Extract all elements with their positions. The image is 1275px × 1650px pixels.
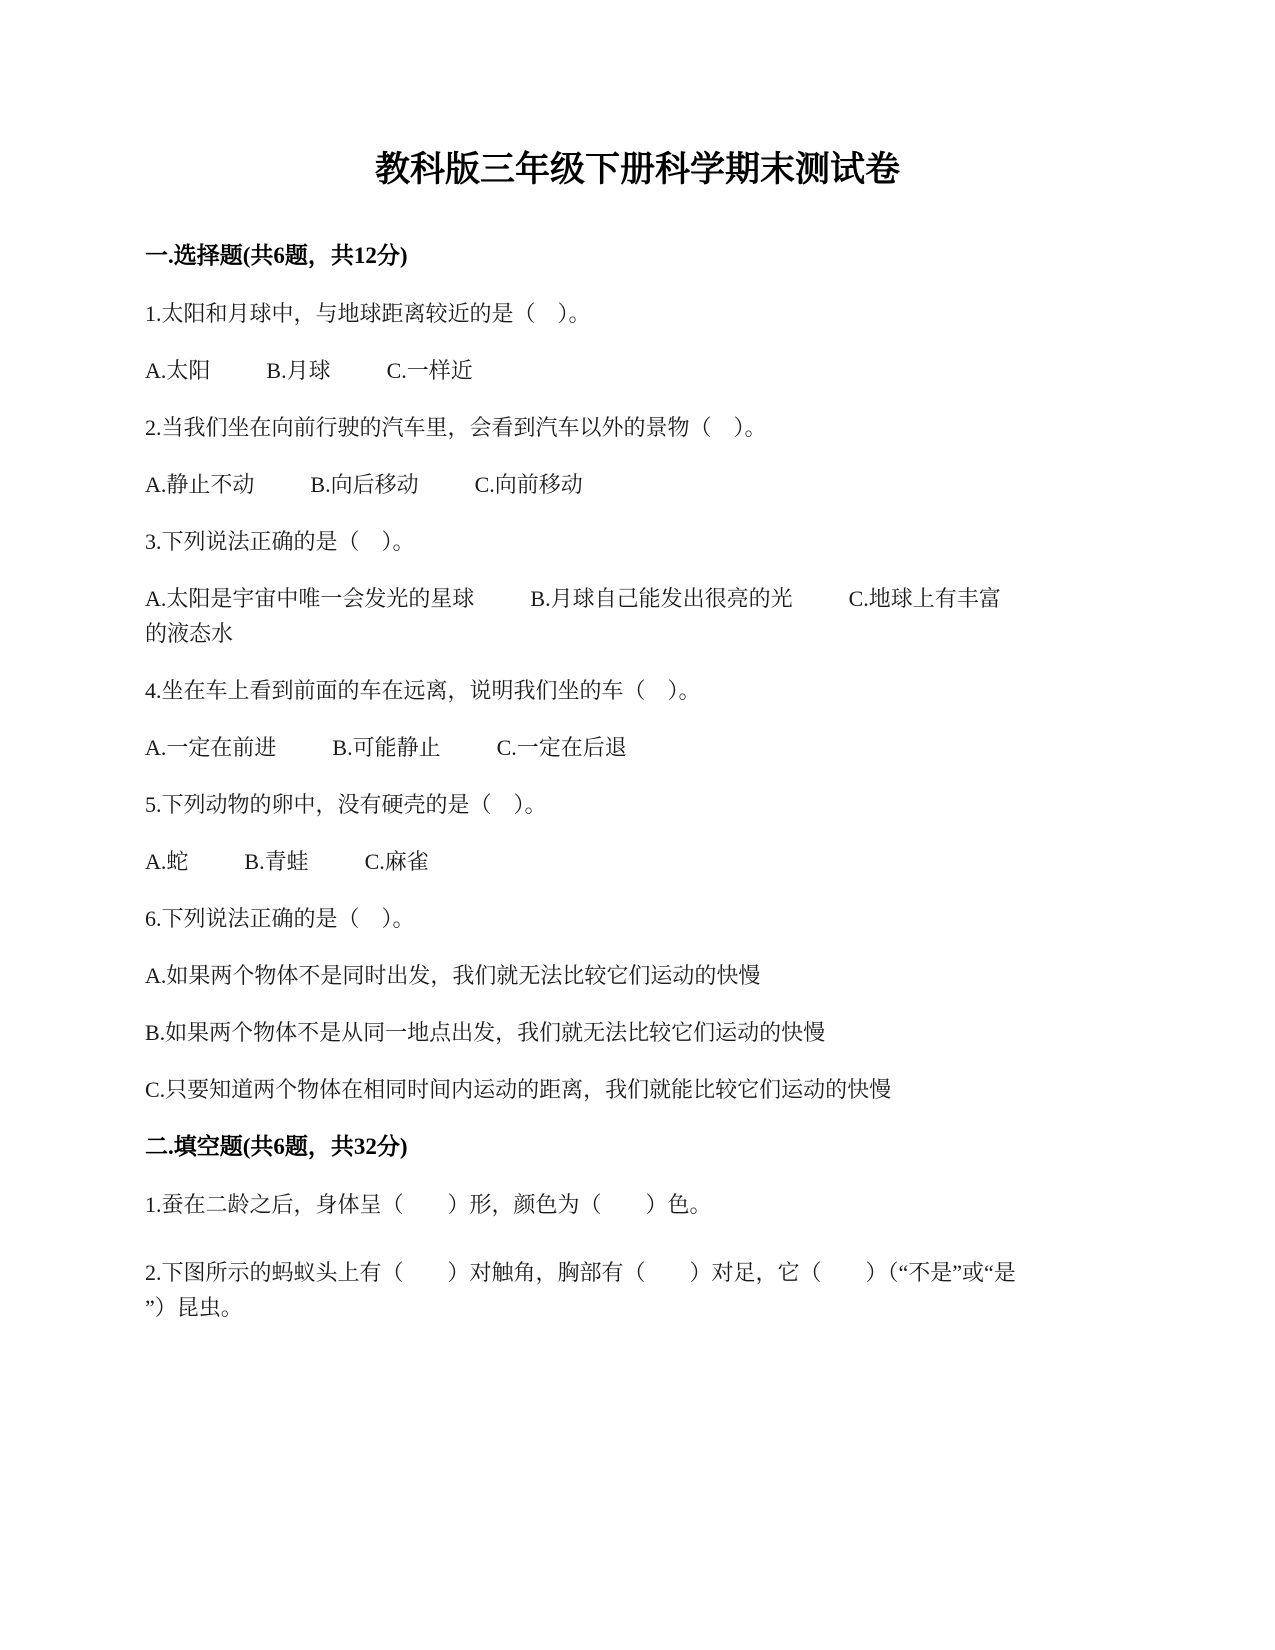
fill-q2-stem-line1: 2.下图所示的蚂蚁头上有（ ）对触角，胸部有（ ）对足，它（ ）（“不是”或“是 (145, 1255, 1150, 1290)
choice-q1-options: A.太阳B.月球C.一样近 (145, 353, 1150, 388)
exam-paper-page: 教科版三年级下册科学期末测试卷 一.选择题(共6题，共12分) 1.太阳和月球中… (0, 0, 1275, 1650)
choice-q2-stem: 2.当我们坐在向前行驶的汽车里，会看到汽车以外的景物（ ）。 (145, 410, 1150, 445)
page-title: 教科版三年级下册科学期末测试卷 (145, 148, 1130, 192)
document-content: 教科版三年级下册科学期末测试卷 一.选择题(共6题，共12分) 1.太阳和月球中… (145, 0, 1150, 1347)
choice-q3-option-b: B.月球自己能发出很亮的光 (530, 586, 792, 611)
choice-q1-option-c: C.一样近 (387, 358, 473, 383)
choice-q6-option-b: B.如果两个物体不是从同一地点出发，我们就无法比较它们运动的快慢 (145, 1015, 1150, 1050)
choice-q5-option-b: B.青蛙 (244, 849, 308, 874)
choice-q3-option-c-part1: C.地球上有丰富 (849, 586, 1001, 611)
choice-q2-option-b: B.向后移动 (310, 472, 418, 497)
choice-q1-stem: 1.太阳和月球中，与地球距离较近的是（ ）。 (145, 296, 1150, 331)
section-2-heading: 二.填空题(共6题，共32分) (145, 1129, 1150, 1165)
choice-q5-options: A.蛇B.青蛙C.麻雀 (145, 844, 1150, 879)
choice-q2-option-a: A.静止不动 (145, 472, 254, 497)
choice-q3-option-a: A.太阳是宇宙中唯一会发光的星球 (145, 586, 474, 611)
choice-q4-options: A.一定在前进B.可能静止C.一定在后退 (145, 730, 1150, 765)
choice-q4-option-b: B.可能静止 (332, 735, 440, 760)
fill-q2-stem-line2: ”）昆虫。 (145, 1290, 1150, 1325)
choice-q3-stem: 3.下列说法正确的是（ ）。 (145, 524, 1150, 559)
choice-q6-option-a: A.如果两个物体不是同时出发，我们就无法比较它们运动的快慢 (145, 958, 1150, 993)
choice-q6-option-c: C.只要知道两个物体在相同时间内运动的距离，我们就能比较它们运动的快慢 (145, 1072, 1150, 1107)
choice-q6-stem: 6.下列说法正确的是（ ）。 (145, 901, 1150, 936)
choice-q5-stem: 5.下列动物的卵中，没有硬壳的是（ ）。 (145, 787, 1150, 822)
choice-q5-option-a: A.蛇 (145, 849, 188, 874)
choice-q4-option-a: A.一定在前进 (145, 735, 276, 760)
choice-q3-options-line1: A.太阳是宇宙中唯一会发光的星球B.月球自己能发出很亮的光C.地球上有丰富 (145, 581, 1150, 616)
choice-q1-option-a: A.太阳 (145, 358, 210, 383)
choice-q3-option-c-part2: 的液态水 (145, 616, 1150, 651)
choice-q5-option-c: C.麻雀 (365, 849, 429, 874)
choice-q2-options: A.静止不动B.向后移动C.向前移动 (145, 467, 1150, 502)
choice-q4-option-c: C.一定在后退 (497, 735, 627, 760)
section-1-heading: 一.选择题(共6题，共12分) (145, 238, 1150, 274)
choice-q4-stem: 4.坐在车上看到前面的车在远离，说明我们坐的车（ ）。 (145, 673, 1150, 708)
fill-q1-stem: 1.蚕在二龄之后，身体呈（ ）形，颜色为（ ）色。 (145, 1187, 1150, 1222)
choice-q2-option-c: C.向前移动 (475, 472, 583, 497)
choice-q1-option-b: B.月球 (266, 358, 330, 383)
